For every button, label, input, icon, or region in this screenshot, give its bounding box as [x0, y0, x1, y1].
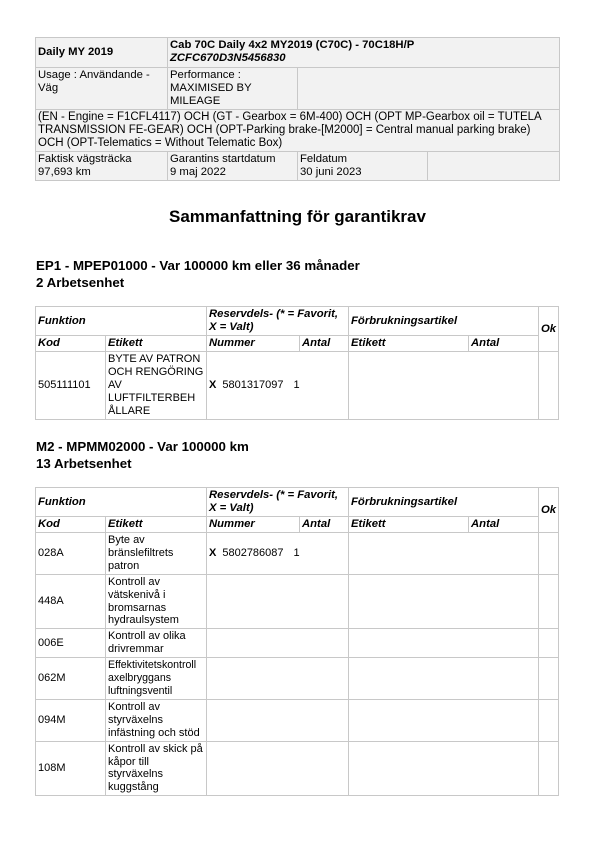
header-number: Nummer	[207, 517, 300, 533]
empty-cell	[298, 68, 560, 110]
row-part	[207, 658, 349, 700]
row-ok[interactable]	[539, 533, 559, 575]
header-cons-label: Etikett	[349, 336, 469, 352]
row-label: BYTE AV PATRON OCH RENGÖRING AV LUFTFILT…	[106, 352, 207, 420]
table-row: 028A Byte av bränslefiltrets patron X580…	[36, 533, 559, 575]
row-ok[interactable]	[539, 699, 559, 741]
table-row: 062M Effektivitetskontroll axelbryggans …	[36, 658, 559, 700]
row-code: 108M	[36, 741, 106, 796]
row-label: Kontroll av olika drivremmar	[106, 629, 207, 658]
section-units: 13 Arbetsenhet	[36, 456, 249, 473]
selected-mark: X	[209, 547, 216, 559]
row-part: X58013170971	[207, 352, 349, 420]
vehicle-description: Cab 70C Daily 4x2 MY2019 (C70C) - 70C18H…	[168, 38, 560, 68]
row-label: Kontroll av vätskenivå i bromsarnas hydr…	[106, 574, 207, 629]
header-quantity: Antal	[300, 517, 349, 533]
fault-date-cell: Feldatum 30 juni 2023	[298, 152, 428, 181]
table-row: 448A Kontroll av vätskenivå i bromsarnas…	[36, 574, 559, 629]
row-consumable	[349, 533, 539, 575]
row-part: X58027860871	[207, 533, 349, 575]
row-consumable	[349, 352, 539, 420]
table-row: 108M Kontroll av skick på kåpor till sty…	[36, 741, 559, 796]
mileage-label: Faktisk vägsträcka	[38, 153, 165, 166]
row-part	[207, 574, 349, 629]
header-code: Kod	[36, 517, 106, 533]
row-consumable	[349, 629, 539, 658]
section-title: EP1 - MPEP01000 - Var 100000 km eller 36…	[36, 258, 360, 275]
row-label: Effektivitetskontroll axelbryggans luftn…	[106, 658, 207, 700]
row-consumable	[349, 699, 539, 741]
mileage-cell: Faktisk vägsträcka 97,693 km	[36, 152, 168, 181]
warranty-start-cell: Garantins startdatum 9 maj 2022	[168, 152, 298, 181]
page-title: Sammanfattning för garantikrav	[0, 207, 595, 227]
table-row: 505111101 BYTE AV PATRON OCH RENGÖRING A…	[36, 352, 559, 420]
section-heading: M2 - MPMM02000 - Var 100000 km 13 Arbets…	[36, 439, 249, 472]
part-number: 5801317097	[222, 379, 283, 391]
header-number: Nummer	[207, 336, 300, 352]
fault-date-value: 30 juni 2023	[300, 166, 425, 179]
row-code: 094M	[36, 699, 106, 741]
header-ok: Ok	[539, 488, 559, 533]
row-ok[interactable]	[539, 629, 559, 658]
row-part	[207, 699, 349, 741]
header-function: Funktion	[36, 488, 207, 517]
row-code: 062M	[36, 658, 106, 700]
part-quantity: 1	[294, 379, 300, 392]
header-quantity: Antal	[300, 336, 349, 352]
section-title: M2 - MPMM02000 - Var 100000 km	[36, 439, 249, 456]
row-ok[interactable]	[539, 658, 559, 700]
header-cons-quantity: Antal	[469, 517, 539, 533]
section-units: 2 Arbetsenhet	[36, 275, 360, 292]
row-code: 505111101	[36, 352, 106, 420]
header-cons-label: Etikett	[349, 517, 469, 533]
row-code: 028A	[36, 533, 106, 575]
header-cons-quantity: Antal	[469, 336, 539, 352]
row-part	[207, 741, 349, 796]
vehicle-info-table: Daily MY 2019 Cab 70C Daily 4x2 MY2019 (…	[35, 37, 560, 181]
vehicle-model: Daily MY 2019	[36, 38, 168, 68]
row-label: Byte av bränslefiltrets patron	[106, 533, 207, 575]
row-consumable	[349, 574, 539, 629]
row-ok[interactable]	[539, 352, 559, 420]
part-quantity: 1	[294, 547, 300, 560]
row-code: 448A	[36, 574, 106, 629]
vehicle-vin: ZCFC670D3N5456830	[170, 52, 557, 65]
row-ok[interactable]	[539, 741, 559, 796]
warranty-start-value: 9 maj 2022	[170, 166, 295, 179]
row-consumable	[349, 741, 539, 796]
row-consumable	[349, 658, 539, 700]
header-function: Funktion	[36, 307, 207, 336]
header-label: Etikett	[106, 336, 207, 352]
header-ok: Ok	[539, 307, 559, 352]
header-consumables: Förbrukningsartikel	[349, 307, 539, 336]
row-label: Kontroll av styrväxelns infästning och s…	[106, 699, 207, 741]
work-table: Funktion Reservdels- (* = Favorit, X = V…	[35, 487, 559, 796]
header-label: Etikett	[106, 517, 207, 533]
table-row: 006E Kontroll av olika drivremmar	[36, 629, 559, 658]
fault-date-label: Feldatum	[300, 153, 425, 166]
selected-mark: X	[209, 379, 216, 391]
header-spare-parts: Reservdels- (* = Favorit, X = Valt)	[207, 307, 349, 336]
row-part	[207, 629, 349, 658]
empty-cell	[428, 152, 560, 181]
vehicle-description-text: Cab 70C Daily 4x2 MY2019 (C70C) - 70C18H…	[170, 39, 414, 51]
work-table: Funktion Reservdels- (* = Favorit, X = V…	[35, 306, 559, 420]
table-row: 094M Kontroll av styrväxelns infästning …	[36, 699, 559, 741]
header-code: Kod	[36, 336, 106, 352]
vehicle-configuration: (EN - Engine = F1CFL4117) OCH (GT - Gear…	[36, 110, 560, 152]
row-label: Kontroll av skick på kåpor till styrväxe…	[106, 741, 207, 796]
warranty-start-label: Garantins startdatum	[170, 153, 295, 166]
row-code: 006E	[36, 629, 106, 658]
vehicle-usage: Usage : Användande - Väg	[36, 68, 168, 110]
header-consumables: Förbrukningsartikel	[349, 488, 539, 517]
mileage-value: 97,693 km	[38, 166, 165, 179]
row-ok[interactable]	[539, 574, 559, 629]
vehicle-performance: Performance : MAXIMISED BY MILEAGE	[168, 68, 298, 110]
header-spare-parts: Reservdels- (* = Favorit, X = Valt)	[207, 488, 349, 517]
part-number: 5802786087	[222, 547, 283, 559]
section-heading: EP1 - MPEP01000 - Var 100000 km eller 36…	[36, 258, 360, 291]
